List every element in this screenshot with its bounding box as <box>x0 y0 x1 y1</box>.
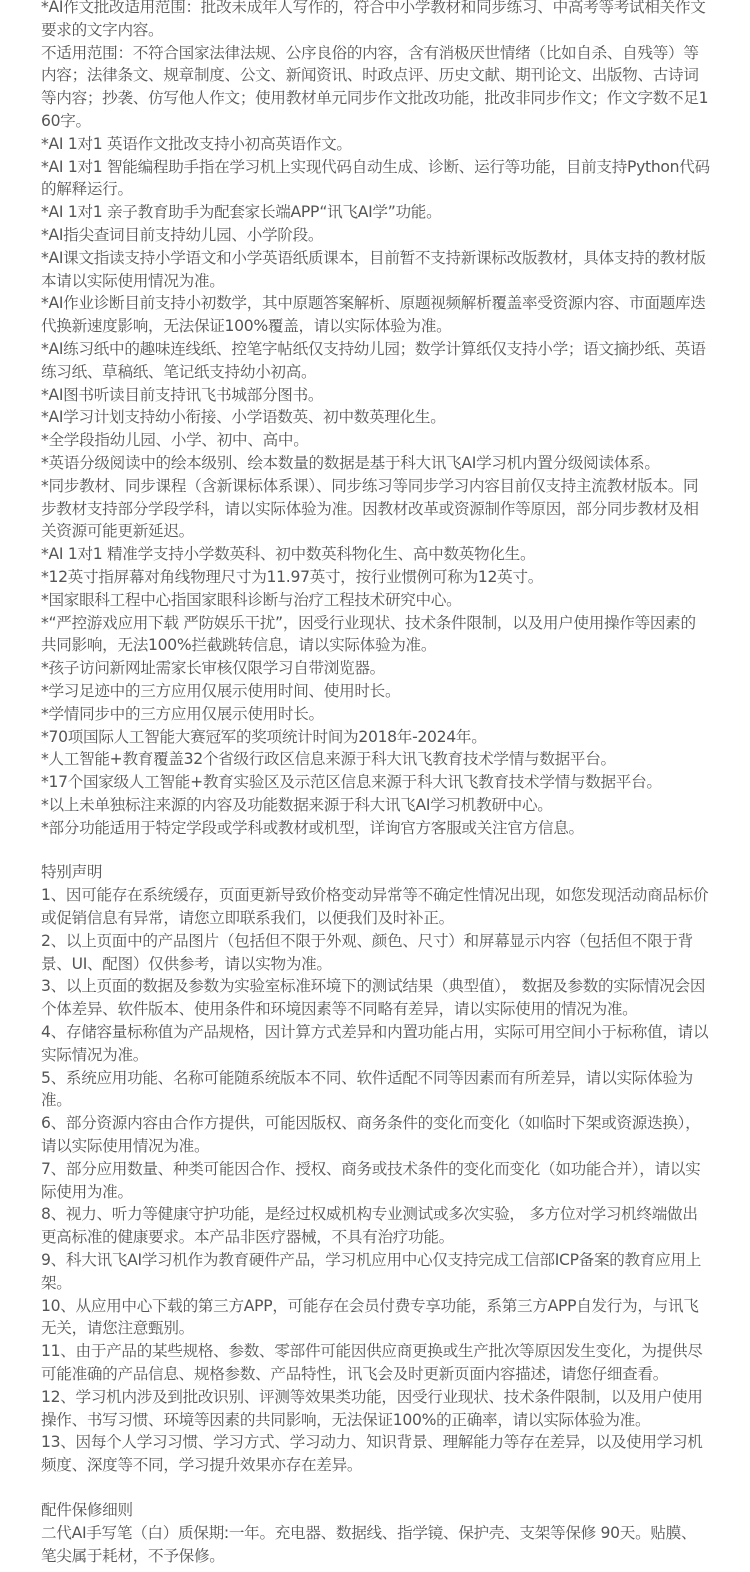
statement-item: 4、存储容量标称值为产品规格，因计算方式差异和内置功能占用，实际可用空间小于标称… <box>41 1021 711 1067</box>
note-item: *17个国家级人工智能+教育实验区及示范区信息来源于科大讯飞教育技术学情与数据平… <box>41 771 711 794</box>
statement-item: 9、科大讯飞AI学习机作为教育硬件产品，学习机应用中心仅支持完成工信部ICP备案… <box>41 1249 711 1295</box>
note-item: *12英寸指屏幕对角线物理尺寸为11.97英寸，按行业惯例可称为12英寸。 <box>41 566 711 589</box>
note-item: *“严控游戏应用下载 严防娱乐干扰”，因受行业现状、技术条件限制，以及用户使用操… <box>41 612 711 658</box>
note-item: *AI作业诊断目前支持小初数学，其中原题答案解析、原题视频解析覆盖率受资源内容、… <box>41 292 711 338</box>
note-item: *孩子访问新网址需家长审核仅限学习自带浏览器。 <box>41 657 711 680</box>
note-item: *AI图书听读目前支持讯飞书城部分图书。 <box>41 384 711 407</box>
statement-item: 2、以上页面中的产品图片（包括但不限于外观、颜色、尺寸）和屏幕显示内容（包括但不… <box>41 930 711 976</box>
statement-item: 5、系统应用功能、名称可能随系统版本不同、软件适配不同等因素而有所差异，请以实际… <box>41 1067 711 1113</box>
note-item: *国家眼科工程中心指国家眼科诊断与治疗工程技术研究中心。 <box>41 589 711 612</box>
note-item: *AI 1对1 智能编程助手指在学习机上实现代码自动生成、诊断、运行等功能，目前… <box>41 156 711 202</box>
note-item: 不适用范围：不符合国家法律法规、公序良俗的内容，含有消极厌世情绪（比如自杀、自残… <box>41 42 711 133</box>
note-item: *AI 1对1 精准学支持小学数英科、初中数英科物化生、高中数英物化生。 <box>41 543 711 566</box>
note-item: *同步教材、同步课程（含新课标体系课）、同步练习等同步学习内容目前仅支持主流教材… <box>41 475 711 543</box>
statement-item: 6、部分资源内容由合作方提供，可能因版权、商务条件的变化而变化（如临时下架或资源… <box>41 1112 711 1158</box>
note-item: *全学段指幼儿园、小学、初中、高中。 <box>41 429 711 452</box>
note-item: *以上未单独标注来源的内容及功能数据来源于科大讯飞AI学习机教研中心。 <box>41 794 711 817</box>
note-item: *AI作文批改适用范围：批改未成年人写作的，符合中小学教材和同步练习、中高考等考… <box>41 0 711 42</box>
statement-item: 7、部分应用数量、种类可能因合作、授权、商务或技术条件的变化而变化（如功能合并）… <box>41 1158 711 1204</box>
accessory-warranty-section: 配件保修细则 二代AI手写笔（白）质保期:一年。充电器、数据线、指学镜、保护壳、… <box>41 1499 711 1567</box>
note-item: *AI课文指读支持小学语文和小学英语纸质课本，目前暂不支持新课标改版教材，具体支… <box>41 247 711 293</box>
statement-item: 1、因可能存在系统缓存，页面更新导致价格变动异常等不确定性情况出现，如您发现活动… <box>41 884 711 930</box>
note-item: *70项国际人工智能大赛冠军的奖项统计时间为2018年-2024年。 <box>41 726 711 749</box>
feature-notes-section: *AI作文批改适用范围：批改未成年人写作的，符合中小学教材和同步练习、中高考等考… <box>41 0 711 839</box>
warranty-item: 二代AI手写笔（白）质保期:一年。充电器、数据线、指学镜、保护壳、支架等保修 9… <box>41 1522 711 1568</box>
note-item: *英语分级阅读中的绘本级别、绘本数量的数据是基于科大讯飞AI学习机内置分级阅读体… <box>41 452 711 475</box>
special-statement-section: 特别声明 1、因可能存在系统缓存，页面更新导致价格变动异常等不确定性情况出现，如… <box>41 861 711 1477</box>
note-item: *AI练习纸中的趣味连线纸、控笔字帖纸仅支持幼儿园；数学计算纸仅支持小学；语文摘… <box>41 338 711 384</box>
note-item: *学习足迹中的三方应用仅展示使用时间、使用时长。 <box>41 680 711 703</box>
note-item: *AI学习计划支持幼小衔接、小学语数英、初中数英理化生。 <box>41 406 711 429</box>
note-item: *AI 1对1 亲子教育助手为配套家长端APP“讯飞AI学”功能。 <box>41 201 711 224</box>
statement-item: 11、由于产品的某些规格、参数、零部件可能因供应商更换或生产批次等原因发生变化，… <box>41 1340 711 1386</box>
note-item: *人工智能+教育覆盖32个省级行政区信息来源于科大讯飞教育技术学情与数据平台。 <box>41 748 711 771</box>
statement-item: 10、从应用中心下载的第三方APP，可能存在会员付费专享功能，系第三方APP自发… <box>41 1295 711 1341</box>
note-item: *AI 1对1 英语作文批改支持小初高英语作文。 <box>41 133 711 156</box>
statement-item: 3、以上页面的数据及参数为实验室标准环境下的测试结果（典型值）， 数据及参数的实… <box>41 975 711 1021</box>
statement-item: 12、学习机内涉及到批改识别、评测等效果类功能，因受行业现状、技术条件限制，以及… <box>41 1386 711 1432</box>
disclaimer-page: *AI作文批改适用范围：批改未成年人写作的，符合中小学教材和同步练习、中高考等考… <box>0 0 711 1567</box>
statement-item: 13、因每个人学习习惯、学习方式、学习动力、知识背景、理解能力等存在差异，以及使… <box>41 1431 711 1477</box>
note-item: *AI指尖查词目前支持幼儿园、小学阶段。 <box>41 224 711 247</box>
note-item: *部分功能适用于特定学段或学科或教材或机型，详询官方客服或关注官方信息。 <box>41 817 711 840</box>
special-statement-title: 特别声明 <box>41 861 711 884</box>
statement-item: 8、视力、听力等健康守护功能，是经过权威机构专业测试或多次实验， 多方位对学习机… <box>41 1203 711 1249</box>
warranty-title: 配件保修细则 <box>41 1499 711 1522</box>
note-item: *学情同步中的三方应用仅展示使用时长。 <box>41 703 711 726</box>
